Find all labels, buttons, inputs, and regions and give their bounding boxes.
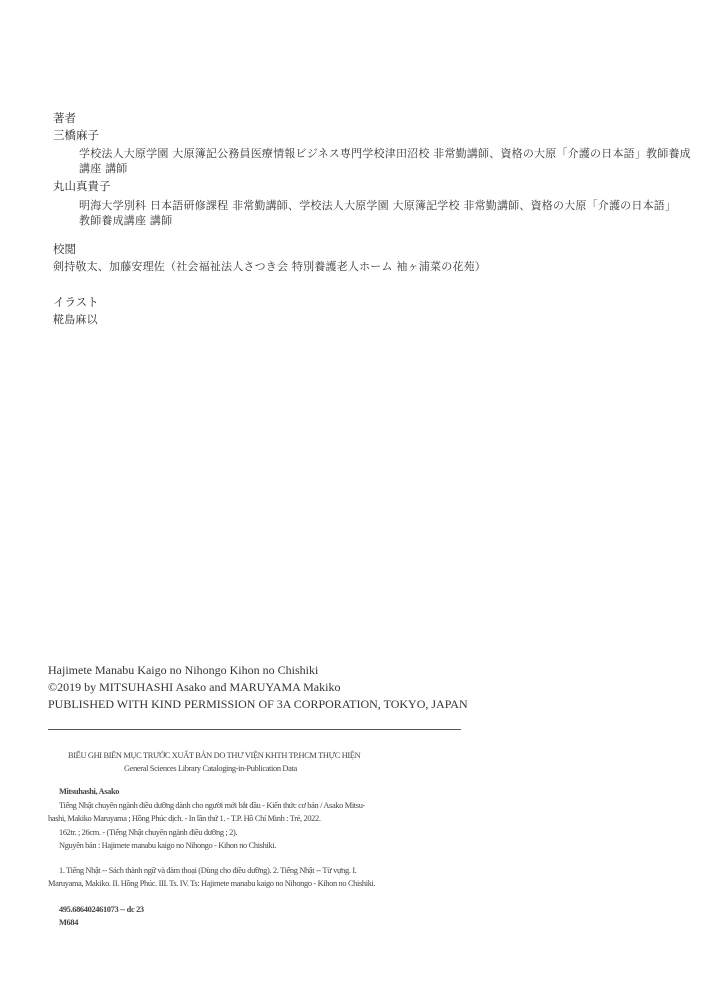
illustrator: 糀島麻以: [53, 311, 98, 327]
cip-description-line: hashi, Makiko Maruyama ; Hồng Phúc dịch.…: [48, 814, 321, 823]
authors-heading: 著者: [53, 110, 76, 126]
cip-subheading: General Sciences Library Cataloging-in-P…: [124, 764, 297, 773]
original-title: Hajimete Manabu Kaigo no Nihongo Kihon n…: [48, 663, 318, 678]
cip-description-line: Nguyên bản : Hajimete manabu kaigo no Ni…: [59, 841, 276, 850]
reviewers: 剣持敬太、加藤安理佐（社会福祉法人さつき会 特別養護老人ホーム 袖ヶ浦菜の花苑）: [53, 258, 486, 274]
review-heading: 校閲: [53, 241, 76, 257]
author-affiliation: 学校法人大原学園 大原簿記公務員医療情報ビジネス専門学校津田沼校 非常勤講師、資…: [79, 145, 691, 161]
cip-cutter: M684: [59, 918, 78, 927]
colophon-page: 著者 三橋麻子 学校法人大原学園 大原簿記公務員医療情報ビジネス専門学校津田沼校…: [0, 0, 718, 983]
author-name: 三橋麻子: [53, 127, 99, 143]
cip-subject-line: 1. Tiếng Nhật -- Sách thành ngữ và đàm t…: [59, 866, 357, 875]
author-affiliation: 教師養成講座 講師: [79, 212, 172, 228]
copyright-line: ©2019 by MITSUHASHI Asako and MARUYAMA M…: [48, 680, 340, 695]
cip-description-line: 162tr. ; 26cm. - (Tiếng Nhật chuyên ngàn…: [59, 828, 237, 837]
author-affiliation: 明海大学別科 日本語研修課程 非常勤講師、学校法人大原学園 大原簿記学校 非常勤…: [79, 197, 676, 213]
illustration-heading: イラスト: [53, 294, 99, 310]
cip-subject-line: Maruyama, Makiko. II. Hồng Phúc. III. Ts…: [48, 879, 375, 888]
permission-line: PUBLISHED WITH KIND PERMISSION OF 3A COR…: [48, 697, 468, 712]
author-name: 丸山真貴子: [53, 178, 111, 194]
divider-rule: [48, 729, 461, 730]
cip-description-line: Tiếng Nhật chuyên ngành điều dưỡng dành …: [59, 801, 365, 810]
author-affiliation: 講座 講師: [79, 160, 128, 176]
cip-heading: BIỂU GHI BIÊN MỤC TRƯỚC XUẤT BẢN DO THƯ …: [68, 751, 360, 760]
cip-classification: 495.686402461073 -- dc 23: [59, 905, 144, 914]
cip-main-entry: Mitsuhashi, Asako: [59, 787, 119, 796]
